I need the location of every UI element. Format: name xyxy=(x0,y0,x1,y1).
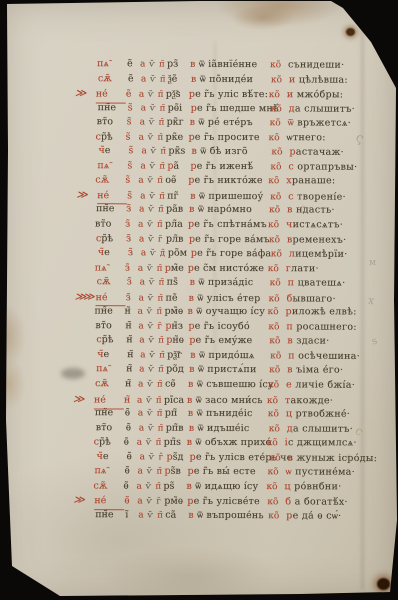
konets-marker: ко̃ xyxy=(266,262,286,277)
flourish-letter: ѵ̆ xyxy=(150,101,160,116)
glava-letter: п̑ xyxy=(159,58,167,73)
flourish-letter: ѵ̆ xyxy=(146,495,156,510)
ending-text: ѡ пустине́ма· xyxy=(285,466,355,481)
flourish-letter: ѵ̆ xyxy=(148,203,158,218)
zachalo-letter: а xyxy=(138,407,147,422)
table-row: пѧ̃ѳ̃аѵ̆п̑рѕ̃вре г̃ь вы́ естеко̃ѡ пустин… xyxy=(73,464,375,480)
day-abbreviation: вт̃о xyxy=(95,319,125,334)
glava-letter: п̑ xyxy=(158,203,166,218)
day-abbreviation: ср̃ѣ xyxy=(94,436,124,451)
day-abbreviation: ср̃ѣ xyxy=(96,334,126,349)
konets-marker: ко̃ xyxy=(267,204,287,219)
incipit-text: ре г̃ь ісоубо́ xyxy=(188,320,266,335)
week-number-letter: ѳ̃ xyxy=(126,421,139,436)
incipit-text: ре г̃ь улісв ете́рь че xyxy=(189,450,267,465)
flourish-letter: ѵ̆ xyxy=(146,436,156,451)
week-number-letter: ѕ̃ xyxy=(128,101,141,116)
pericope-number: рн̃ѳ xyxy=(166,334,189,349)
flourish-letter: ѵ̆ xyxy=(145,479,155,494)
konets-marker: ко̃ xyxy=(268,58,288,73)
day-abbreviation: пѧ̃ xyxy=(97,57,127,72)
week-number-letter: ѕ̃ xyxy=(127,189,140,204)
table-row: пн̃ен̃аѵ̆п̑рм̃ѳв ѿ оучащю і́суко̃риложѣ … xyxy=(73,305,375,321)
pericope-number: рѕ̃ xyxy=(163,480,186,495)
pericope-number: рл̃а xyxy=(165,218,188,233)
week-number-letter: з̃ xyxy=(125,218,138,233)
pericope-number: ѯе̃ xyxy=(168,72,191,87)
zachalo-letter: а xyxy=(140,276,149,291)
week-number-letter: н̃ xyxy=(126,334,139,349)
burn-spot xyxy=(377,578,390,590)
ending-text: п цватешѧ· xyxy=(288,277,346,292)
glava-letter: п̑ xyxy=(160,145,168,160)
ending-text: с творені́е· xyxy=(288,190,346,205)
pericope-number: рѯ̃г xyxy=(167,348,190,363)
incipit-text: в ѿ іа̃внїе́нне xyxy=(190,58,268,73)
week-number-letter: н̃ xyxy=(124,305,137,320)
incipit-text: в ѿ пришешоу́ xyxy=(190,190,268,205)
flourish-letter: ѵ̆ xyxy=(147,174,157,189)
week-number-letter: з̃ xyxy=(128,246,141,261)
flourish-letter: ѵ̆ xyxy=(149,189,159,204)
konets-marker: ко̃ xyxy=(267,422,287,437)
zachalo-letter: а xyxy=(136,479,145,494)
table-row: сѫ̃з̃аѵ̆п̑пѕ̃в ѿ приза́діско̃п цватешѧ· xyxy=(76,275,378,291)
incipit-text: ре с̃м нисто́же xyxy=(188,261,266,276)
ending-text: риложѣ елвѣ: xyxy=(285,305,356,320)
ending-text: в ндасть· xyxy=(287,204,335,219)
margin-chevron: ≫ xyxy=(75,86,96,101)
zachalo-letter: а xyxy=(137,393,146,408)
konets-marker: ко̃ xyxy=(268,190,288,205)
incipit-text: ре г̃ь никто́же xyxy=(188,174,266,189)
week-number-letter: ѕ̃ xyxy=(125,130,138,145)
week-number-letter: ѕ̃ xyxy=(127,115,140,130)
konets-marker: ко̃ xyxy=(268,116,288,131)
zachalo-letter: а xyxy=(139,232,148,247)
margin-chevron: ≫≫ xyxy=(74,290,95,305)
incipit-text: в ѿ наро́мно xyxy=(189,203,267,218)
flourish-letter: ѵ̆ xyxy=(149,57,159,72)
day-abbreviation: пн̃е xyxy=(94,305,124,320)
zachalo-letter: а xyxy=(138,319,147,334)
zachalo-letter: а xyxy=(140,57,149,72)
day-abbreviation: сѫ̃ xyxy=(98,72,128,87)
day-abbreviation: сѫ̃ xyxy=(93,479,123,494)
konets-marker: ко̃ xyxy=(267,451,287,466)
ending-text: лицемѣрїи· xyxy=(289,248,348,263)
incipit-text: ре г̃ь ему́же xyxy=(189,334,267,349)
glava-letter: п̑ xyxy=(159,276,167,291)
week-number-letter: ѳ̃ xyxy=(124,495,137,510)
week-number-letter: з̃ xyxy=(125,291,138,306)
parchment-page: пѧ̃е̃аѵ̆п̑рз̃в ѿ іа̃внїе́ннеко̃сънидеши·… xyxy=(0,0,398,600)
day-abbreviation: ч̃е xyxy=(97,450,127,465)
flourish-letter: ѵ̆ xyxy=(150,145,160,160)
glava-letter: д̑ xyxy=(160,247,168,262)
flourish-letter: ѵ̆ xyxy=(150,72,160,87)
flourish-letter: ѵ̆ xyxy=(148,421,158,436)
glava-letter: п̑ xyxy=(160,72,168,87)
table-row: вт̃оѕ̃аѵ̆п̑рк̃гв ѿ ре́ ете́ръко̃ѿ връжет… xyxy=(76,115,378,131)
incipit-text: ре г̃ь просите xyxy=(188,131,266,146)
table-row: сѫ̃ѳ̃аѵ̆п̑рѕ̃в ѿ идѧщю і́суко̃ц ро́внбни… xyxy=(72,479,374,495)
table-row: ср̃ѣѳ̃аѵ̆п̑рп̃ѕв ѿ объхж прихо́ко̃іс джщ… xyxy=(73,436,375,452)
flourish-letter: ѵ̆ xyxy=(148,450,158,465)
konets-marker: ко̃ xyxy=(265,394,285,409)
ending-text: чистѧсѧтъ· xyxy=(286,218,343,233)
zachalo-letter: а xyxy=(141,72,150,87)
day-abbreviation: пѧ̃ xyxy=(95,261,125,276)
zachalo-letter: а xyxy=(140,159,149,174)
pericope-number: сѳ̃ xyxy=(165,378,188,393)
week-number-letter: ѕ̃ xyxy=(128,144,141,159)
zachalo-letter: а xyxy=(139,334,148,349)
zachalo-letter: а xyxy=(138,261,147,276)
glava-letter: п̑ xyxy=(157,261,165,276)
pericope-number: рѕ̃д xyxy=(166,450,189,465)
flourish-letter: ѵ̆ xyxy=(146,305,156,320)
pericope-number: рм̃ѳ xyxy=(164,495,187,510)
table-row: сѫ̃ѕ̃аѵ̆п̑оѳ̃ре г̃ь никто́жеко̃хранаше: xyxy=(74,174,376,190)
table-row: сѫ̃е̃аѵ̆п̑ѯе̃в ѿ по̃ниде́ико̃и цѣлѣвша: xyxy=(77,72,379,88)
konets-marker: ко̃ xyxy=(267,88,287,103)
week-number-letter: ѳ̃ xyxy=(124,465,137,480)
glava-letter: п̑ xyxy=(156,393,164,408)
glava-letter: п̑ xyxy=(157,218,165,233)
glava-letter: г̑ xyxy=(157,319,165,334)
flourish-letter: ѵ̆ xyxy=(147,291,157,306)
incipit-text: в ѿ объхж прихо́ xyxy=(187,436,265,451)
konets-marker: ко̃ xyxy=(267,233,287,248)
table-row: пѧ̃н̃аѵ̆п̑ро̃дв ѿ пристѧ́пико̃в ъіма е́г… xyxy=(75,362,377,378)
ending-text: п осѣчешина· xyxy=(288,349,360,364)
week-number-letter: е̃ xyxy=(128,72,141,87)
day-abbreviation: сѫ̃ xyxy=(95,377,125,392)
zachalo-letter: а xyxy=(137,305,146,320)
zachalo-letter: а xyxy=(139,450,148,465)
incipit-text: в ѿ идъше́іс xyxy=(189,421,267,436)
konets-marker: ко̃ xyxy=(266,407,286,422)
konets-marker: ко̃ xyxy=(266,509,286,524)
konets-marker: ко̃ xyxy=(268,349,288,364)
incipit-text: в ѿ по̃ниде́и xyxy=(191,72,269,87)
week-number-letter: з̃ xyxy=(126,203,139,218)
konets-marker: ко̃ xyxy=(265,305,285,320)
pericope-number: ра̃в xyxy=(166,203,189,218)
zachalo-letter: а xyxy=(141,145,150,160)
ending-text: и цѣлѣвша: xyxy=(289,73,348,88)
glava-letter: п̑ xyxy=(159,116,167,131)
week-number-letter: ѳ̃ xyxy=(126,450,139,465)
week-number-letter: ѳ̃ xyxy=(125,406,138,421)
glava-letter: п̑ xyxy=(159,189,167,204)
flourish-letter: ѵ̆ xyxy=(148,334,158,349)
zachalo-letter: а xyxy=(138,508,147,523)
ending-text: ц ртвобжне́· xyxy=(286,407,350,422)
pericope-number: рп̃в xyxy=(166,421,189,436)
week-number-letter: з̃ xyxy=(125,261,138,276)
konets-marker: ко̃ xyxy=(268,160,288,175)
konets-marker: ко̃ xyxy=(266,131,286,146)
week-number-letter: з̃ xyxy=(126,232,139,247)
zachalo-letter: а xyxy=(139,203,148,218)
incipit-text: в ѿ бѣ изго̃ xyxy=(191,145,269,160)
konets-marker: ко̃ xyxy=(267,335,287,350)
zachalo-letter: а xyxy=(141,246,150,261)
week-number-letter: н̃ xyxy=(124,393,137,408)
pericope-number: рі̃са xyxy=(164,393,187,408)
manuscript-photo: пѧ̃е̃аѵ̆п̑рз̃в ѿ іа̃внїе́ннеко̃сънидеши·… xyxy=(0,0,398,600)
glava-letter: п̑ xyxy=(159,159,167,174)
incipit-text: в ѿ пъниде́іс xyxy=(188,407,266,422)
glava-letter: г̑ xyxy=(158,232,166,247)
konets-marker: ко̃ xyxy=(267,364,287,379)
ink-blot-stain xyxy=(346,28,355,36)
table-row: ч̃еѳ̃аѵ̆г̑рѕ̃дре г̃ь улісв ете́рь чеко̃в… xyxy=(76,450,378,467)
pericope-number: рп̃ѕ xyxy=(164,436,187,451)
day-abbreviation: пн̃е xyxy=(96,203,126,218)
day-abbreviation: не́ xyxy=(94,393,124,409)
pericope-number: са̃ xyxy=(165,509,188,524)
week-number-letter: ѳ̃ xyxy=(123,479,136,494)
day-abbreviation: пн̃е xyxy=(95,508,125,523)
glava-letter: п̑ xyxy=(158,334,166,349)
incipit-text: в ѿ ре́ ете́ръ xyxy=(190,116,268,131)
incipit-text: ре г̃ь вы́ есте xyxy=(187,465,265,480)
pericope-number: пг̃ xyxy=(167,189,190,204)
zachalo-letter: а xyxy=(139,421,148,436)
glava-letter: п̑ xyxy=(157,291,165,306)
flourish-letter: ѵ̆ xyxy=(150,246,160,261)
flourish-letter: ѵ̆ xyxy=(147,377,157,392)
incipit-text: ре г̃ь горе ва́фа xyxy=(191,247,269,262)
incipit-text: в ѿ приза́діс xyxy=(190,276,268,291)
incipit-text: в ѿ идѧщю і́су xyxy=(186,480,264,495)
margin-chevron: ≫ xyxy=(73,493,94,508)
ending-text: в здаси· xyxy=(287,335,329,350)
flourish-letter: ѵ̆ xyxy=(147,261,157,276)
day-abbreviation: пн̃е xyxy=(98,101,128,116)
incipit-text: в ѿ оучащю і́су xyxy=(187,305,265,320)
konets-marker: ко̃ xyxy=(264,480,284,495)
glava-letter: п̑ xyxy=(157,130,165,145)
flourish-letter: ѵ̆ xyxy=(147,407,157,422)
glava-letter: п̑ xyxy=(159,348,167,363)
week-number-letter: і̃ xyxy=(125,508,138,523)
ending-text: хранаше: xyxy=(286,175,335,190)
ending-text: ре да́ ѳ сѡ́· xyxy=(286,509,341,524)
konets-marker: ко̃ xyxy=(265,465,285,480)
zachalo-letter: а xyxy=(137,465,146,480)
ending-text: ѡтнего: xyxy=(286,131,325,146)
pericope-number: ра̃ xyxy=(167,159,190,174)
glava-letter: г̑ xyxy=(156,495,164,510)
konets-marker: ко̃ xyxy=(269,146,289,161)
ending-text: растачаж· xyxy=(289,146,344,161)
konets-marker: ко̃ xyxy=(269,247,289,262)
ending-text: е личіе бжі́а· xyxy=(286,378,355,393)
ending-text: в жуныж ісро́ды: xyxy=(287,451,377,466)
table-row: ≫не́ѕ̃аѵ̆п̑пг̃в ѿ пришешоу́ко̃с творені́… xyxy=(76,188,378,204)
day-abbreviation: вт̃о xyxy=(95,217,125,232)
ending-text: с ортапръвы· xyxy=(288,160,357,175)
glava-letter: п̑ xyxy=(158,88,166,103)
bleedthrough-mark: м xyxy=(369,258,376,268)
pericope-number: рѯ̃ѕ xyxy=(166,88,189,103)
week-number-letter: н̃ xyxy=(127,348,140,363)
glava-letter: п̑ xyxy=(157,508,165,523)
flourish-letter: ѵ̆ xyxy=(149,116,159,131)
glava-letter: п̑ xyxy=(157,407,165,422)
glava-letter: п̑ xyxy=(157,174,165,189)
incipit-text: в ѿ пристѧ́пи xyxy=(189,363,267,378)
table-row: пѧ̃з̃аѵ̆п̑рм̃ере с̃м нисто́жеко̃глати· xyxy=(74,261,376,277)
konets-marker: ко̃ xyxy=(265,496,285,511)
day-abbreviation: сѫ̃ xyxy=(95,174,125,189)
konets-marker: ко̃ xyxy=(269,102,289,117)
zachalo-letter: а xyxy=(138,130,147,145)
week-number-letter: ѳ̃ xyxy=(124,436,137,451)
table-row: вт̃оз̃аѵ̆п̑рл̃аре г̃ь спѣтна́мъко̃чистѧс… xyxy=(74,217,376,233)
table-row: ≫не́н̃аѵ̆п̑рі̃сав ѿ засо мни́сько̃такожд… xyxy=(73,392,375,408)
day-abbreviation: вт̃о xyxy=(96,421,126,436)
zachalo-letter: а xyxy=(137,495,146,510)
pericope-number: ро̃д xyxy=(166,363,189,378)
day-abbreviation: ч̃е xyxy=(98,246,128,261)
pericope-number: рп̃ xyxy=(165,407,188,422)
ending-text: и мжо́бры: xyxy=(287,88,344,103)
flourish-letter: ѵ̆ xyxy=(147,218,157,233)
ending-text: ѿ връжетсѧ· xyxy=(288,116,351,131)
table-row: ≫не́е̃аѵ̆п̑рѯ̃ѕре г̃ь уліс вѣ́те:ко̃и мж… xyxy=(75,86,377,102)
glava-letter: п̑ xyxy=(157,378,165,393)
pericope-number: рл̃в xyxy=(166,232,189,247)
flourish-letter: ѵ̆ xyxy=(148,232,158,247)
day-abbreviation: ср̃ѣ xyxy=(96,232,126,247)
ending-text: да слышитъ· xyxy=(287,422,353,437)
flourish-letter: ѵ̆ xyxy=(146,393,156,408)
ending-text: п росашнего: xyxy=(286,320,357,335)
incipit-text: ре г̃ь горе ва́мъ xyxy=(189,232,267,247)
week-number-letter: з̃ xyxy=(127,276,140,291)
pericope-number: рм̃ѳ xyxy=(164,305,187,320)
glava-letter: г̑ xyxy=(158,450,166,465)
zachalo-letter: а xyxy=(138,174,147,189)
pericope-number: рк̃г xyxy=(167,116,190,131)
flourish-letter: ѵ̆ xyxy=(149,276,159,291)
day-abbreviation: ср̃ѣ xyxy=(95,130,125,145)
week-number-letter: н̃ xyxy=(125,377,138,392)
flourish-letter: ѵ̆ xyxy=(147,508,157,523)
pericope-number: рм̃е xyxy=(165,261,188,276)
incipit-text: ре г̃ь шедше мнѣ́ xyxy=(191,101,269,116)
week-number-letter: е̃ xyxy=(127,57,140,72)
incipit-text: ре г̃ь иженѣ́ xyxy=(190,160,268,175)
glava-letter: п̑ xyxy=(156,436,164,451)
pericope-number: пѕ̃ xyxy=(167,276,190,291)
flourish-letter: ѵ̆ xyxy=(147,319,157,334)
glava-letter: п̑ xyxy=(158,421,166,436)
pericope-number: рѳ̃і xyxy=(168,101,191,116)
margin-chevron: ≫ xyxy=(73,392,94,407)
ending-text: временехъ· xyxy=(287,233,347,248)
incipit-text: ре г̃ь спѣтна́мъ xyxy=(188,218,266,233)
day-abbreviation: не́ xyxy=(97,189,127,205)
ending-text: глати· xyxy=(286,262,319,277)
konets-marker: ко̃ xyxy=(268,276,288,291)
flourish-letter: ѵ̆ xyxy=(147,130,157,145)
ending-text: в ъіма е́го· xyxy=(287,364,343,379)
flourish-letter: ѵ̆ xyxy=(148,88,158,103)
ending-text: ц ро́внбни· xyxy=(284,480,341,495)
zachalo-letter: а xyxy=(141,101,150,116)
glava-letter: п̑ xyxy=(160,101,168,116)
glava-letter: п̑ xyxy=(158,363,166,378)
glava-letter: п̑ xyxy=(155,480,163,495)
day-abbreviation: вт̃о xyxy=(97,115,127,130)
pericope-number: рз̃ xyxy=(167,58,190,73)
week-number-letter: н̃ xyxy=(125,319,138,334)
glava-letter: п̑ xyxy=(156,465,164,480)
table-row: пн̃еі̃аѵ̆п̑са̃в ѿ въпроше́нько̃ре да́ ѳ … xyxy=(74,508,376,524)
konets-marker: ко̃ xyxy=(266,218,286,233)
zachalo-letter: а xyxy=(140,348,149,363)
day-abbreviation: пѧ̃ xyxy=(94,464,124,479)
konets-marker: ко̃ xyxy=(266,320,286,335)
table-row: сѫ̃н̃аѵ̆п̑сѳ̃в ѿ съвшешю і́суко̃е личіе … xyxy=(74,377,376,393)
week-number-letter: н̃ xyxy=(126,363,139,378)
flourish-letter: ѵ̆ xyxy=(149,159,159,174)
ending-text: да слышитъ· xyxy=(289,102,355,117)
flourish-letter: ѵ̆ xyxy=(148,363,158,378)
day-abbreviation: сѫ̃ xyxy=(97,275,127,290)
zachalo-letter: а xyxy=(138,291,147,306)
incipit-text: в ѿ засо мни́сь xyxy=(187,393,265,408)
flourish-letter: ѵ̆ xyxy=(146,465,156,480)
ending-text: сънидеши· xyxy=(288,58,344,73)
konets-marker: ко̃ xyxy=(269,73,289,88)
day-abbreviation: ч̃е xyxy=(97,348,127,363)
day-abbreviation: пѧ̃ xyxy=(96,363,126,378)
day-abbreviation: ч̃е xyxy=(98,144,128,159)
zachalo-letter: а xyxy=(138,377,147,392)
zachalo-letter: а xyxy=(138,218,147,233)
pericope-number: ро̃м xyxy=(168,247,191,262)
zachalo-letter: а xyxy=(140,116,149,131)
day-abbreviation: пѧ̃ xyxy=(97,159,127,174)
table-row: пн̃еѕ̃аѵ̆п̑рѳ̃іре г̃ь шедше мнѣ́ко̃да сл… xyxy=(77,101,379,117)
lectionary-table: пѧ̃е̃аѵ̆п̑рз̃в ѿ іа̃внїе́ннеко̃сънидеши·… xyxy=(73,57,377,524)
incipit-text: в ѿ въпроше́нь xyxy=(188,509,266,524)
zachalo-letter: а xyxy=(140,189,149,204)
incipit-text: в ѿ придо́шѧ xyxy=(190,349,268,364)
konets-marker: ко̃ xyxy=(266,174,286,189)
ending-text: такожде· xyxy=(285,394,333,409)
pericope-number: рк̃ѕ xyxy=(168,145,191,160)
pericope-number: рн̃з xyxy=(165,319,188,334)
margin-chevron: ≫ xyxy=(76,188,97,203)
pericope-number: рк̃е xyxy=(165,130,188,145)
week-number-letter: ѕ̃ xyxy=(125,174,138,189)
konets-marker: ко̃ xyxy=(265,436,285,451)
flourish-letter: ѵ̆ xyxy=(149,348,159,363)
glava-letter: п̑ xyxy=(156,305,164,320)
zachalo-letter: а xyxy=(137,436,146,451)
pericope-number: рѕ̃в xyxy=(164,465,187,480)
incipit-text: в ѿ съвшешю і́су xyxy=(188,378,266,393)
konets-marker: ко̃ xyxy=(266,378,286,393)
